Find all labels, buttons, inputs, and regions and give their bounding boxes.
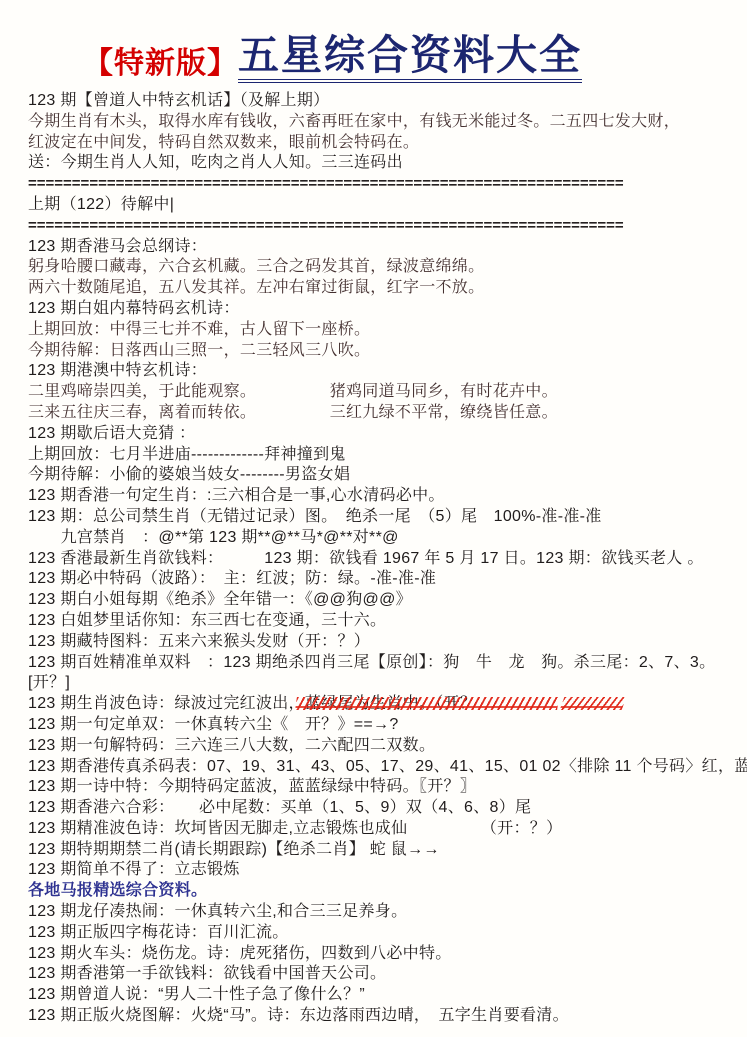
red-scribble-overlay — [295, 697, 559, 710]
edition-badge: 【特新版】 — [83, 47, 238, 80]
text-line: 二里鸡啼崇四美，于此能观察。 猪鸡同道马同乡，有时花卉中。 — [28, 382, 747, 403]
text-line: 123 期一句解特码：三六连三八大数，二六配四二双数。 — [28, 736, 747, 757]
red-scribble-overlay — [560, 697, 627, 710]
text-line: 123 期藏特图料：五来六来猴头发财（开：？） — [28, 632, 747, 653]
text-line: 两六十数随尾追，五八发其祥。左冲右窜过街鼠，红字一不放。 — [28, 278, 747, 299]
text-line: 123 期曾道人说：“男人二十性子急了像什么？” — [28, 985, 747, 1006]
text-line: 123 期百姓精准单双料 ：123 期绝杀四肖三尾【原创】：狗 牛 龙 狗。杀三… — [28, 653, 747, 674]
content: 123 期【曾道人中特玄机话】（及解上期）今期生肖有木头，取得水库有钱收，六畜再… — [0, 82, 747, 1027]
text-line: 123 期火车头：烧伤龙。诗：虎死猪伤，四数到八必中特。 — [28, 944, 747, 965]
text-line: 今期生肖有木头，取得水库有钱收，六畜再旺在家中，有钱无米能过冬。二五四七发大财， — [28, 112, 747, 133]
text-line: 123 期一句定单双：一休真转六尘《 开？》==→? — [28, 715, 747, 736]
text-line: 今期待解：小偷的婆娘当妓女--------男盗女娼 — [28, 465, 747, 486]
text-line: 上期回放：七月半进庙-------------拜神撞到鬼 — [28, 445, 747, 466]
text-line: 123 期正版四字梅花诗：百川汇流。 — [28, 923, 747, 944]
text-line: 123 期必中特码（波路）： 主：红波；防：绿。-准-准-准 — [28, 569, 747, 590]
page-header: 【特新版】五星综合资料大全 — [0, 0, 747, 82]
page-title: 五星综合资料大全 — [238, 32, 582, 83]
separator-line: ========================================… — [28, 216, 747, 237]
text-line: 123 期香港六合彩： 必中尾数：买单（1、5、9）双（4、6、8）尾 — [28, 798, 747, 819]
text-line: 123 白姐梦里话你知：东三西七在变通，三十六。 — [28, 611, 747, 632]
text-line: 123 期一诗中特：今期特码定蓝波，蓝蓝绿绿中特码。〖开？〗 — [28, 777, 747, 798]
highlight-line: 各地马报精选综合资料。 — [28, 881, 747, 902]
text-line: 送：今期生肖人人知，吃肉之肖人人知。三三连码出 — [28, 153, 747, 174]
text-line: 123 期生肖波色诗：绿波过完红波出，蓝绿尾为生肖中。（开？ — [28, 694, 747, 715]
text-line: 123 期香港一句定生肖：:三六相合是一事,心水清码必中。 — [28, 486, 747, 507]
text-line: 123 期特期期禁二肖(请长期跟踪)【绝杀二肖】 蛇 鼠→→ — [28, 840, 747, 861]
text-line: 躬身哈腰口藏毒，六合玄机藏。三合之码发其首，绿波意绵绵。 — [28, 257, 747, 278]
text-line: 上期回放：中得三七并不难，古人留下一座桥。 — [28, 320, 747, 341]
text-line: 123 期龙仔凑热闹：一休真转六尘,和合三三足养身。 — [28, 902, 747, 923]
text-line: 123 期白姐内幕特码玄机诗： — [28, 299, 747, 320]
text-line: 123 期正版火烧图解：火烧“马”。诗：东边落雨西边晴， 五字生肖要看清。 — [28, 1006, 747, 1027]
text-line: 123 期香港马会总纲诗： — [28, 237, 747, 258]
text-line: 123 期精准波色诗：坎坷皆因无脚走,立志锻炼也成仙 （开：？） — [28, 819, 747, 840]
text-line: 123 期简单不得了：立志锻炼 — [28, 860, 747, 881]
text-line: 123 期香港第一手欲钱料：欲钱看中国普天公司。 — [28, 964, 747, 985]
text-line: 三来五往庆三春，离着而转依。 三红九绿不平常，缭绕皆任意。 — [28, 403, 747, 424]
text-line: 123 期【曾道人中特玄机话】（及解上期） — [28, 91, 747, 112]
text-line: 123 期港澳中特玄机诗： — [28, 361, 747, 382]
text-line: 今期待解：日落西山三照一，二三轻风三八吹。 — [28, 341, 747, 362]
text-line: 九宫禁肖 ：@**第 123 期**@**马*@**对**@ — [28, 528, 747, 549]
text-line: 123 期歇后语大竞猜 ： — [28, 424, 747, 445]
text-line: 上期（122）待解中| — [28, 195, 747, 216]
text-line: 123 期白小姐每期《绝杀》全年错一：《@@狗@@》 — [28, 590, 747, 611]
lottery-info-page: 【特新版】五星综合资料大全 123 期【曾道人中特玄机话】（及解上期）今期生肖有… — [0, 0, 747, 1037]
text-line: 123 香港最新生肖欲钱料： 123 期：欲钱看 1967 年 5 月 17 日… — [28, 549, 747, 570]
text-line: 123 期：总公司禁生肖（无错过记录）图。 绝杀一尾 （5）尾 100%-准-准… — [28, 507, 747, 528]
separator-line: ========================================… — [28, 174, 747, 195]
text-line: 123 期香港传真杀码表：07、19、31、43、05、17、29、41、15、… — [28, 757, 747, 778]
text-line: 红波定在中间发，特码自然双数来，眼前机会特码在。 — [28, 133, 747, 154]
text-line: [开？] — [28, 673, 747, 694]
